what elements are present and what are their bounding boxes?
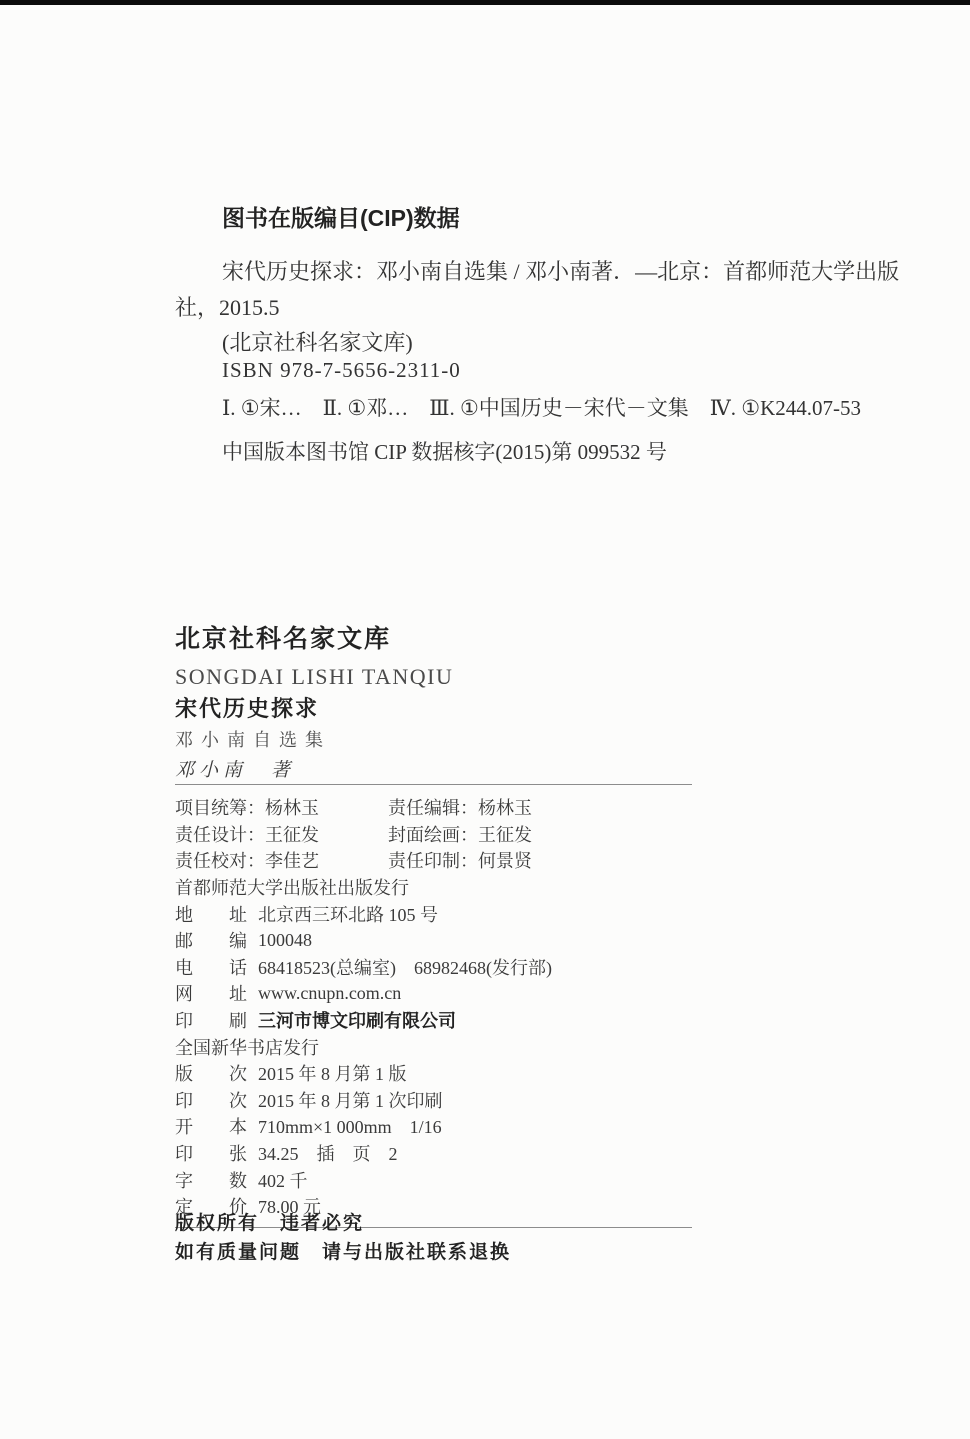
- cip-isbn: ISBN 978-7-5656-2311-0: [222, 358, 461, 383]
- quality-notice: 如有质量问题 请与出版社联系退换: [175, 1242, 511, 1265]
- staff-row: 责任校对：李佳艺 责任印制：何景贤: [175, 847, 692, 874]
- cip-series-note: (北京社科名家文库): [222, 330, 413, 356]
- book-subtitle: 邓小南自选集: [175, 730, 331, 752]
- staff-cell-responsible-editor: 责任编辑：杨林玉: [388, 794, 692, 820]
- cip-record-number: 中国版本图书馆 CIP 数据核字(2015)第 099532 号: [222, 440, 667, 465]
- kv-label: 网 址: [175, 980, 258, 1006]
- kv-value: 北京西三环北路 105 号: [258, 901, 438, 927]
- kv-value-printer: 三河市博文印刷有限公司: [258, 1007, 456, 1033]
- kv-row-postcode: 邮 编 100048: [175, 927, 692, 954]
- kv-value: 68418523(总编室) 68982468(发行部): [258, 954, 552, 980]
- cip-entry-line-2: 社，2015.5: [175, 295, 280, 321]
- scan-edge-strip: [0, 0, 970, 5]
- kv-row-format: 开 本 710mm×1 000mm 1/16: [175, 1113, 692, 1140]
- distribution-line: 全国新华书店发行: [175, 1033, 692, 1060]
- kv-label: 印 刷: [175, 1007, 258, 1033]
- kv-label: 版 次: [175, 1060, 258, 1086]
- kv-label: 印 张: [175, 1140, 258, 1166]
- kv-value: 100048: [258, 930, 312, 951]
- book-author: 邓小南 著: [175, 760, 295, 783]
- kv-row-telephone: 电 话 68418523(总编室) 68982468(发行部): [175, 954, 692, 981]
- kv-row-website: 网 址 www.cnupn.com.cn: [175, 980, 692, 1007]
- kv-value: 402 千: [258, 1167, 308, 1193]
- kv-row-address: 地 址 北京西三环北路 105 号: [175, 900, 692, 927]
- kv-value: 710mm×1 000mm 1/16: [258, 1113, 442, 1139]
- staff-row: 项目统筹：杨林玉 责任编辑：杨林玉: [175, 794, 692, 821]
- kv-row-edition: 版 次 2015 年 8 月第 1 版: [175, 1060, 692, 1087]
- cip-entry-line-1: 宋代历史探求：邓小南自选集 / 邓小南著．—北京：首都师范大学出版: [222, 259, 899, 285]
- kv-label: 邮 编: [175, 927, 258, 953]
- kv-row-sheets: 印 张 34.25 插 页 2: [175, 1140, 692, 1167]
- kv-label: 开 本: [175, 1113, 258, 1139]
- cip-heading: 图书在版编目(CIP)数据: [222, 205, 460, 233]
- kv-row-impression: 印 次 2015 年 8 月第 1 次印刷: [175, 1087, 692, 1114]
- kv-label: 电 话: [175, 954, 258, 980]
- pinyin-title: SONGDAI LISHI TANQIU: [175, 664, 453, 690]
- kv-label: 印 次: [175, 1087, 258, 1113]
- kv-row-printer: 印 刷 三河市博文印刷有限公司: [175, 1007, 692, 1034]
- staff-cell-responsible-designer: 责任设计：王征发: [175, 821, 388, 847]
- kv-value: 2015 年 8 月第 1 次印刷: [258, 1087, 443, 1113]
- kv-label: 地 址: [175, 901, 258, 927]
- kv-row-wordcount: 字 数 402 千: [175, 1166, 692, 1193]
- staff-cell-project-coordinator: 项目统筹：杨林玉: [175, 794, 388, 820]
- kv-label: 字 数: [175, 1167, 258, 1193]
- staff-cell-proofreader: 责任校对：李佳艺: [175, 847, 388, 873]
- kv-value: 34.25 插 页 2: [258, 1140, 398, 1166]
- publisher-line: 首都师范大学出版社出版发行: [175, 874, 692, 901]
- kv-value: www.cnupn.com.cn: [258, 983, 401, 1004]
- staff-cell-print-supervisor: 责任印制：何景贤: [388, 847, 692, 873]
- colophon-block: 项目统筹：杨林玉 责任编辑：杨林玉 责任设计：王征发 封面绘画：王征发 责任校对…: [175, 784, 692, 1228]
- cip-classification: Ⅰ. ①宋… Ⅱ. ①邓… Ⅲ. ①中国历史－宋代－文集 Ⅳ. ①K244.07…: [222, 396, 861, 421]
- kv-value: 2015 年 8 月第 1 版: [258, 1060, 407, 1086]
- book-title: 宋代历史探求: [175, 696, 319, 722]
- series-title: 北京社科名家文库: [175, 624, 391, 654]
- copyright-notice: 版权所有 违者必究: [175, 1213, 364, 1236]
- staff-cell-cover-artist: 封面绘画：王征发: [388, 821, 692, 847]
- staff-row: 责任设计：王征发 封面绘画：王征发: [175, 821, 692, 848]
- copyright-page: 图书在版编目(CIP)数据 宋代历史探求：邓小南自选集 / 邓小南著．—北京：首…: [0, 0, 970, 1439]
